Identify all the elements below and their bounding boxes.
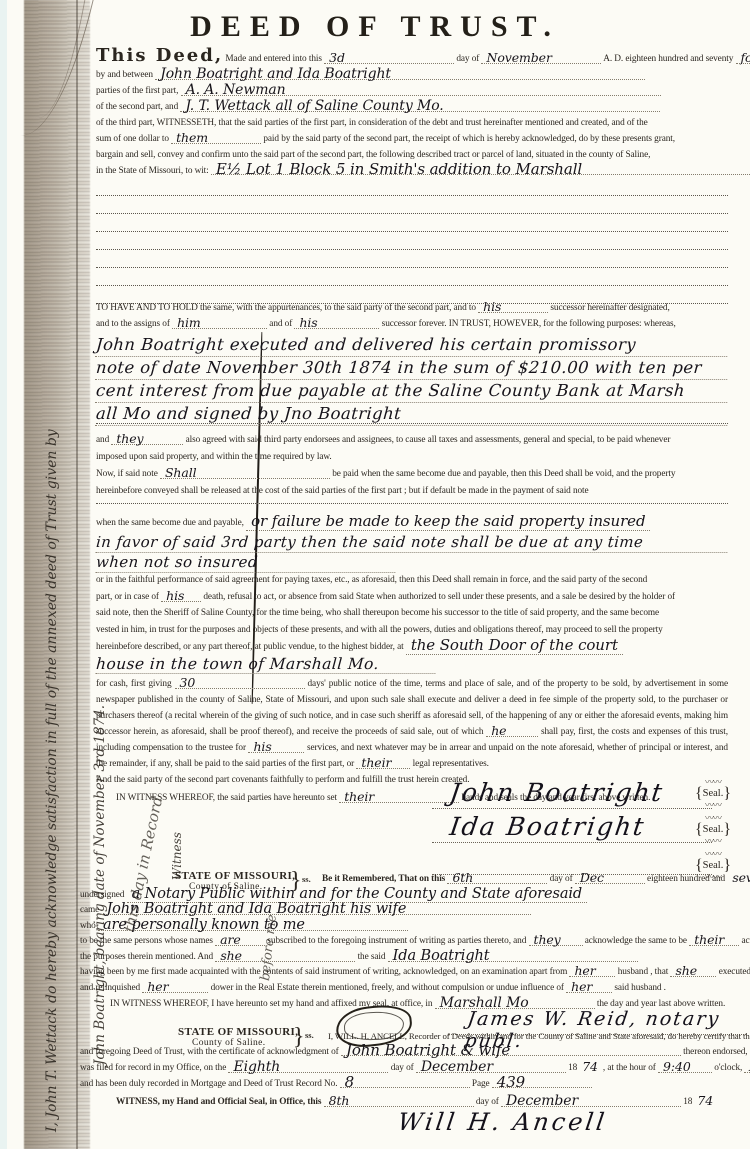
filed-ampm-value: A. [744,1062,750,1073]
her-husband-value: her [569,966,615,977]
printed-text: paid by the said party of the second par… [263,134,675,144]
printed-text: services, and next whatever may be in ar… [307,743,525,753]
printed-text: and [96,435,109,445]
recorder-year-value: 74 [692,1093,718,1108]
printed-text: when the same become due and payable, [96,518,244,528]
sale-b-line-2: hereinbefore described, or any part ther… [96,639,728,656]
printed-text: Page [472,1079,490,1089]
ruled-line [96,250,728,268]
printed-text: the purposes therein mentioned. And [80,952,213,962]
printed-text: legal representatives. [413,759,489,769]
sale-place-value-2: house in the town of Marshall Mo. [95,656,436,674]
printed-text: executed the same, [719,967,750,977]
appearers-names-value: John Boatright and Ida Boatright his wif… [101,904,531,915]
assigns-him-value: him [172,318,267,329]
grantor-signature-ida: Ida Boatright [448,812,647,841]
notary-acknowledgment: Be it Remembered, That on this 6th day o… [80,872,728,996]
printed-text: day of [550,874,573,884]
fold-crease [76,0,78,1149]
seal-squiggle: 〰〰 [686,801,740,810]
filed-year-value: 74 [577,1059,603,1074]
printed-text: having been by me first made acquainted … [80,967,567,977]
remainder-their-value: their [356,758,410,769]
personally-known-value: are personally known to me [98,920,408,931]
printed-text: Be it Remembered, That on this [322,874,445,884]
deed-year-value: four [736,53,750,64]
deed-day-value: 3d [324,53,454,64]
recorder-certificate: I, WILL. H. ANCELL, Recorder of Deeds wi… [80,1028,728,1110]
printed-text: death, refusal to act, or absence from s… [203,592,675,602]
grantor-signature-row-1: John Boatright [432,778,712,809]
seal-squiggle: 〰〰 [686,837,740,846]
deed-line-6: sum of one dollar to them paid by the sa… [96,131,728,147]
deed-line-8: in the State of Missouri, to wit: E½ Lot… [96,163,728,179]
deed-month-value: November [481,53,601,64]
printed-text: , at the hour of [603,1063,656,1073]
taxes-line-2: imposed upon said property, and within t… [96,449,728,466]
habendum-line-2: and to the assigns of him and of his suc… [96,316,728,332]
sale-a-line-1: or in the faithful performance of said a… [96,572,728,589]
successor-his-value: his [478,302,548,313]
printed-text: days' public notice of the time, terms a… [308,679,729,689]
recorder-month-value: December [501,1096,681,1107]
recorder-line-2: and foregoing Deed of Trust, with the ce… [80,1044,728,1060]
printed-text: day of [456,54,479,64]
ruled-line [96,178,728,196]
filed-month-value: December [416,1062,566,1073]
printed-text: day of [476,1097,499,1107]
printed-text: acknowledge the same to be [585,936,687,946]
printed-text: to be the same persons whose names [80,936,213,946]
recorder-line-3: was filed for record in my Office, on th… [80,1060,728,1076]
taxes-line-1: and they also agreed with said third par… [96,432,728,449]
seal-label: Seal. [703,860,724,871]
ruled-line [96,214,728,232]
blank-line-default [96,486,728,504]
printed-text: 18 [568,1063,577,1073]
grantor-signature-row-2: Ida Boatright [432,812,712,843]
notary-line-7: having been by me first made acquainted … [80,965,728,981]
their-value: their [689,935,739,946]
filed-day-value: Eighth [228,1062,388,1073]
printed-text: be paid when the same become due and pay… [332,469,675,479]
printed-text: the said [358,952,386,962]
notary-line-8: and relinquished her dower in the Real E… [80,981,728,997]
note-desc-line-2: note of date November 30th 1874 in the s… [95,357,729,380]
sum-paid-to-value: them [171,133,261,144]
note-desc-line-1: John Boatright executed and delivered hi… [95,334,729,357]
third-party-name: J. T. Wettack all of Saline County Mo. [180,101,660,112]
sale-place-value-1: the South Door of the court [406,636,623,655]
printed-text: and foregoing Deed of Trust, with the ce… [80,1047,339,1057]
agreed-they-value: they [111,434,183,445]
deed-line-1: This Deed, Made and entered into this 3d… [96,48,728,67]
printed-text: who [80,921,96,931]
notary-line-4: who are personally known to me [80,919,728,935]
sale-a-line-2: part, or in case of his death, refusal t… [96,589,728,606]
seal-stamp-2: 〰〰 {Seal.} 〰〰 [686,814,740,846]
printed-text: sum of one dollar to [96,134,169,144]
they-value: they [529,935,583,946]
recorder-day-value: 8th [324,1096,474,1107]
names-are-value: are [215,935,265,946]
default-hw-3: when not so insured [95,553,396,573]
ruled-line [96,406,728,424]
ruled-line [96,232,728,250]
printed-text: successor forever. IN TRUST, HOWEVER, fo… [382,319,676,329]
recorder-line-4: and has been duly recorded in Mortgage a… [80,1076,728,1092]
default-hw-2: in favor of said 3rd party then the said… [95,533,728,553]
printed-text: undersigned [80,890,124,900]
printed-text: o'clock, [714,1063,742,1073]
printed-text: said husband . [614,983,666,993]
default-line-1: when the same become due and payable, or… [96,514,728,533]
recorder-signature-row: Will H. Ancell [380,1108,678,1138]
printed-text: TO HAVE AND TO HOLD the same, with the a… [96,303,476,313]
printed-text: dower in the Real Estate therein mention… [211,983,564,993]
grantors-names: John Boatright and Ida Boatright [155,69,645,80]
printed-text: parties of the first part, [96,86,178,96]
record-page-value: 439 [492,1077,592,1088]
printed-text: 18 [683,1097,692,1107]
ruled-line [96,196,728,214]
insurance-default-clause: when the same become due and payable, or… [96,514,728,573]
ack-day-value: 6th [447,873,547,884]
printed-text: act and deed for [741,936,750,946]
grantor-signature-row-3 [432,848,712,875]
seal-brace: { [695,821,703,838]
note-desc-line-3: cent interest from due payable at the Sa… [95,380,729,403]
printed-text: of the second part, and [96,102,178,112]
opening-paragraph: This Deed, Made and entered into this 3d… [96,48,728,179]
sale-clause-c: for cash, first giving 30 days' public n… [96,676,728,772]
sale-clause-b: vested in him, in trust for the purposes… [96,622,728,674]
seal-brace: { [695,785,703,802]
printed-text: WITNESS, my Hand and Official Seal, in O… [116,1097,321,1107]
printed-text: was filed for record in my Office, on th… [80,1063,226,1073]
notice-days-value: 30 [175,678,305,689]
printed-text: in the State of Missouri, to wit: [96,166,209,176]
property-description: E½ Lot 1 Block 5 in Smith's addition to … [211,164,750,175]
deed-line-2: by and between John Boatright and Ida Bo… [96,67,728,83]
filed-hour-value: 9:40 [658,1062,712,1073]
second-party-name: A. A. Newman [181,85,661,96]
printed-text: Made and entered into this [225,54,322,64]
her-dower-value: her [142,982,208,993]
seal-label: Seal. [703,824,724,835]
printed-text: shall pay, [541,727,576,737]
scan-edge [0,0,7,1149]
grantor-signature-john: John Boatright [448,778,666,807]
printed-text: came [80,905,99,915]
printed-text: Now, if said note [96,469,158,479]
printed-text: husband , that [618,967,669,977]
printed-text: and relinquished [80,983,140,993]
she-value: she [215,951,355,962]
printed-text: thereon endorsed, [683,1047,747,1057]
printed-text: subscribed to the foregoing instrument o… [267,936,526,946]
notary-title-value: a Notary Public within and for the Count… [127,886,588,903]
taxes-line-3: Now, if said note Shall be paid when the… [96,466,728,483]
notary-line-6: the purposes therein mentioned. And she … [80,950,728,966]
blank-line-after-note [96,406,728,424]
recorded-parties-value: John Boatright & wife [341,1045,681,1056]
printed-text: hereinbefore described, or any part ther… [96,642,404,652]
trustee-his-value: his [248,742,304,753]
deed-line-4: of the second part, and J. T. Wettack al… [96,99,728,115]
her-influence-value: her [566,982,612,993]
sale-clause-a: or in the faithful performance of said a… [96,572,728,622]
note-shall-value: Shall [160,468,330,479]
ack-year-value: seventy four [727,870,750,885]
sale-a-line-3: said note, then the Sheriff of Saline Co… [96,605,728,622]
seal-stamp-1: 〰〰 {Seal.} 〰〰 [686,778,740,810]
printed-text: IN WITNESS WHEREOF, the said parties hav… [116,793,337,803]
case-his-value: his [161,591,201,602]
seal-brace: } [723,785,731,802]
seal-label: Seal. [703,788,724,799]
this-deed-heading: This Deed, [96,45,223,66]
printed-text: and of [269,319,292,329]
deed-line-5: of the third part, WITNESSETH, that the … [96,115,728,131]
deed-of-trust-document: I, John T. Wettack do hereby acknowledge… [0,0,750,1149]
seal-brace: } [723,821,731,838]
blank-ruled-lines [96,178,728,304]
habendum-clause: TO HAVE AND TO HOLD the same, with the a… [96,300,728,332]
printed-text: newspaper published in the county of Sal… [96,695,679,705]
printed-text: also agreed with said third party endors… [186,435,671,445]
record-number-value: 8 [340,1077,470,1088]
default-hw-1: or failure be made to keep the said prop… [246,512,650,531]
printed-text: successor hereinafter designated, [550,303,669,313]
printed-text: for cash, first giving [96,679,172,689]
ruled-line [96,268,728,286]
printed-text: part, or in case of [96,592,159,602]
printed-text: eighteen hundred and [647,874,725,884]
assigns-his-value: his [294,318,379,329]
ruled-line [96,486,728,504]
she-executed-value: she [670,966,716,977]
printed-text: by and between [96,70,153,80]
printed-text: day of [391,1063,414,1073]
recorder-signature: Will H. Ancell [396,1108,609,1136]
deed-line-3: parties of the first part, A. A. Newman [96,83,728,99]
ack-month-value: Dec [575,873,645,884]
page-title: DEED OF TRUST. [0,10,750,44]
margin-satisfaction-note: I, John T. Wettack do hereby acknowledge… [44,429,60,1132]
printed-text: and to the assigns of [96,319,170,329]
habendum-line-1: TO HAVE AND TO HOLD the same, with the a… [96,300,728,316]
printed-text: A. D. eighteen hundred and seventy [603,54,733,64]
proceeds-he-value: he [486,726,538,737]
printed-text: and has been duly recorded in Mortgage a… [80,1079,337,1089]
ida-name-value: Ida Boatright [388,951,638,962]
